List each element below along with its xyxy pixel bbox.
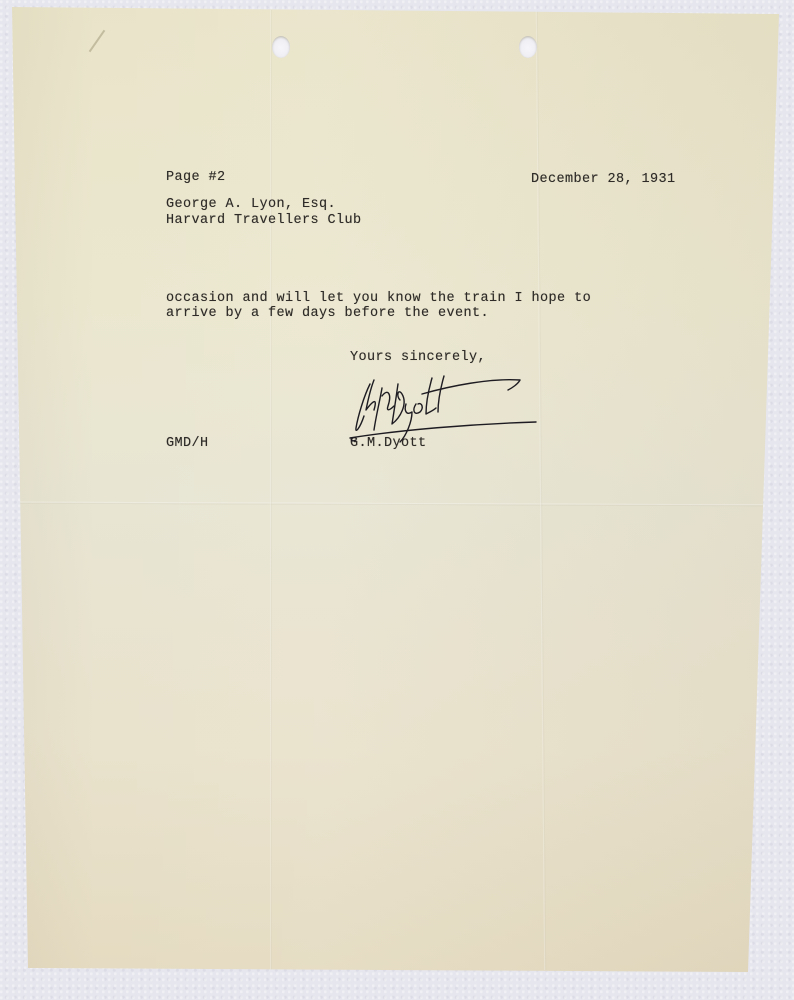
- body-text-line: arrive by a few days before the event.: [166, 306, 489, 322]
- closing-salutation: Yours sincerely,: [350, 350, 486, 366]
- vertical-fold-line: [270, 10, 272, 970]
- reference-initials: GMD/H: [166, 436, 209, 452]
- letter-paper: [0, 0, 794, 1000]
- recipient-name: George A. Lyon, Esq.: [166, 197, 336, 213]
- body-text-line: occasion and will let you know the train…: [166, 291, 591, 307]
- page-number: Page #2: [166, 170, 226, 186]
- punch-hole-icon: [272, 36, 290, 58]
- paper-tear-mark: [89, 30, 106, 52]
- handwritten-signature-icon: [340, 366, 540, 456]
- horizontal-fold-line: [20, 502, 780, 507]
- vertical-fold-line: [536, 10, 546, 970]
- punch-hole-icon: [519, 36, 537, 58]
- letter-date: December 28, 1931: [531, 172, 676, 188]
- recipient-organization: Harvard Travellers Club: [166, 213, 362, 229]
